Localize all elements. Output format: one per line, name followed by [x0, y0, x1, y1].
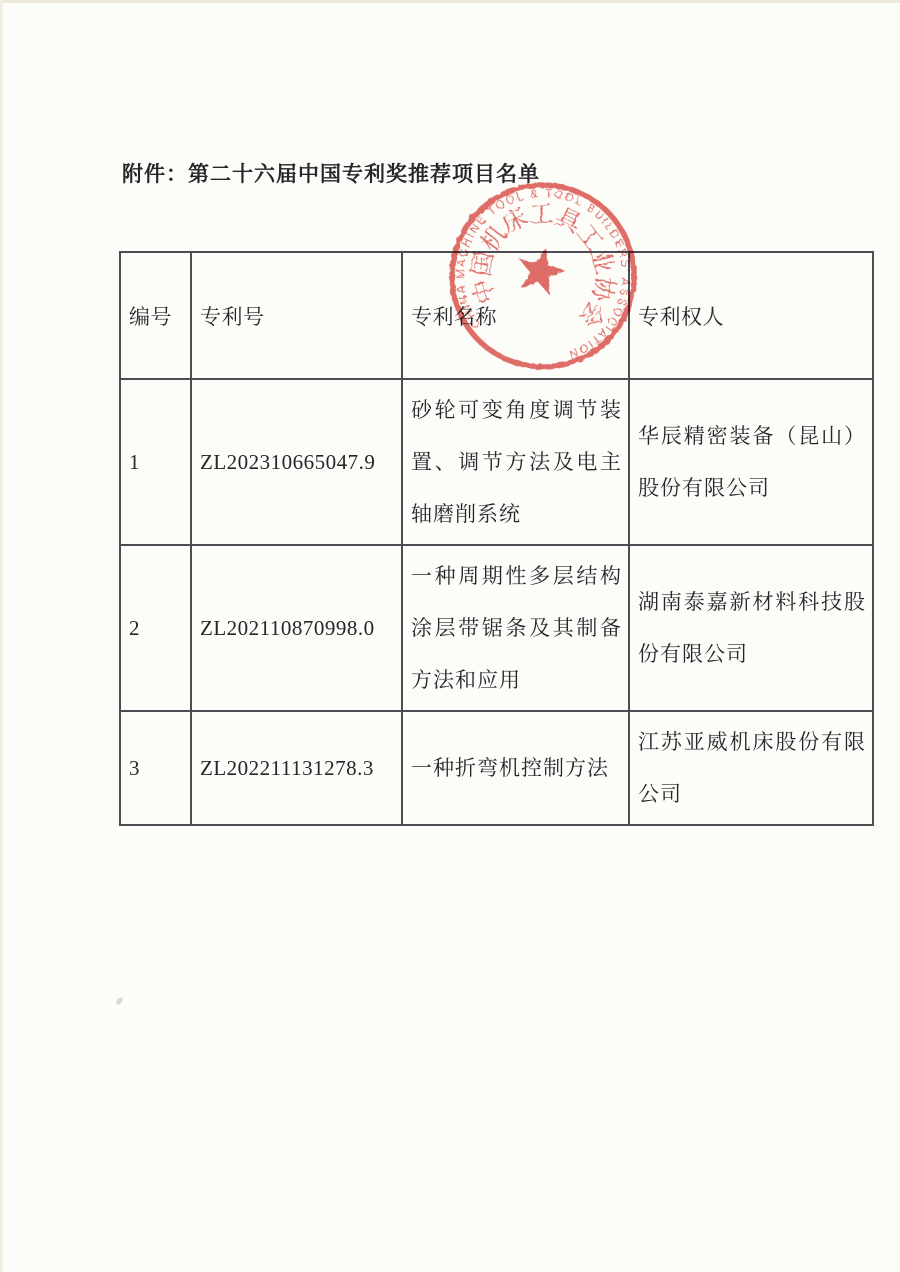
table-row: 3 ZL202211131278.3 一种折弯机控制方法 江苏亚威机床股份有限公… — [120, 711, 873, 825]
cell-patent-no: ZL202110870998.0 — [191, 545, 402, 711]
cell-patent-name: 一种折弯机控制方法 — [402, 711, 629, 825]
scan-edge-left — [0, 0, 3, 1272]
cell-number: 1 — [120, 379, 191, 545]
table-row: 1 ZL202310665047.9 砂轮可变角度调节装置、调节方法及电主轴磨削… — [120, 379, 873, 545]
stamp-graphic: CHINA MACHINE TOOL & TOOL BUILDERS' ASSO… — [449, 182, 637, 370]
cell-patent-no: ZL202211131278.3 — [191, 711, 402, 825]
cell-patent-no: ZL202310665047.9 — [191, 379, 402, 545]
cell-patentee: 江苏亚威机床股份有限公司 — [629, 711, 873, 825]
cell-patentee: 华辰精密装备（昆山）股份有限公司 — [629, 379, 873, 545]
cell-patent-name: 砂轮可变角度调节装置、调节方法及电主轴磨削系统 — [402, 379, 629, 545]
scanned-document-page: { "page": { "title": "附件：第二十六届中国专利奖推荐项目名… — [0, 0, 900, 1272]
cell-patent-name: 一种周期性多层结构涂层带锯条及其制备方法和应用 — [402, 545, 629, 711]
header-number: 编号 — [120, 252, 191, 379]
cell-patentee: 湖南泰嘉新材料科技股份有限公司 — [629, 545, 873, 711]
cell-number: 2 — [120, 545, 191, 711]
table-row: 2 ZL202110870998.0 一种周期性多层结构涂层带锯条及其制备方法和… — [120, 545, 873, 711]
header-patentee: 专利权人 — [629, 252, 873, 379]
star-icon — [518, 247, 566, 296]
scan-speck — [115, 996, 124, 1005]
header-patent-no: 专利号 — [191, 252, 402, 379]
scan-edge-top — [0, 0, 900, 3]
cell-number: 3 — [120, 711, 191, 825]
association-stamp: CHINA MACHINE TOOL & TOOL BUILDERS' ASSO… — [429, 162, 657, 390]
